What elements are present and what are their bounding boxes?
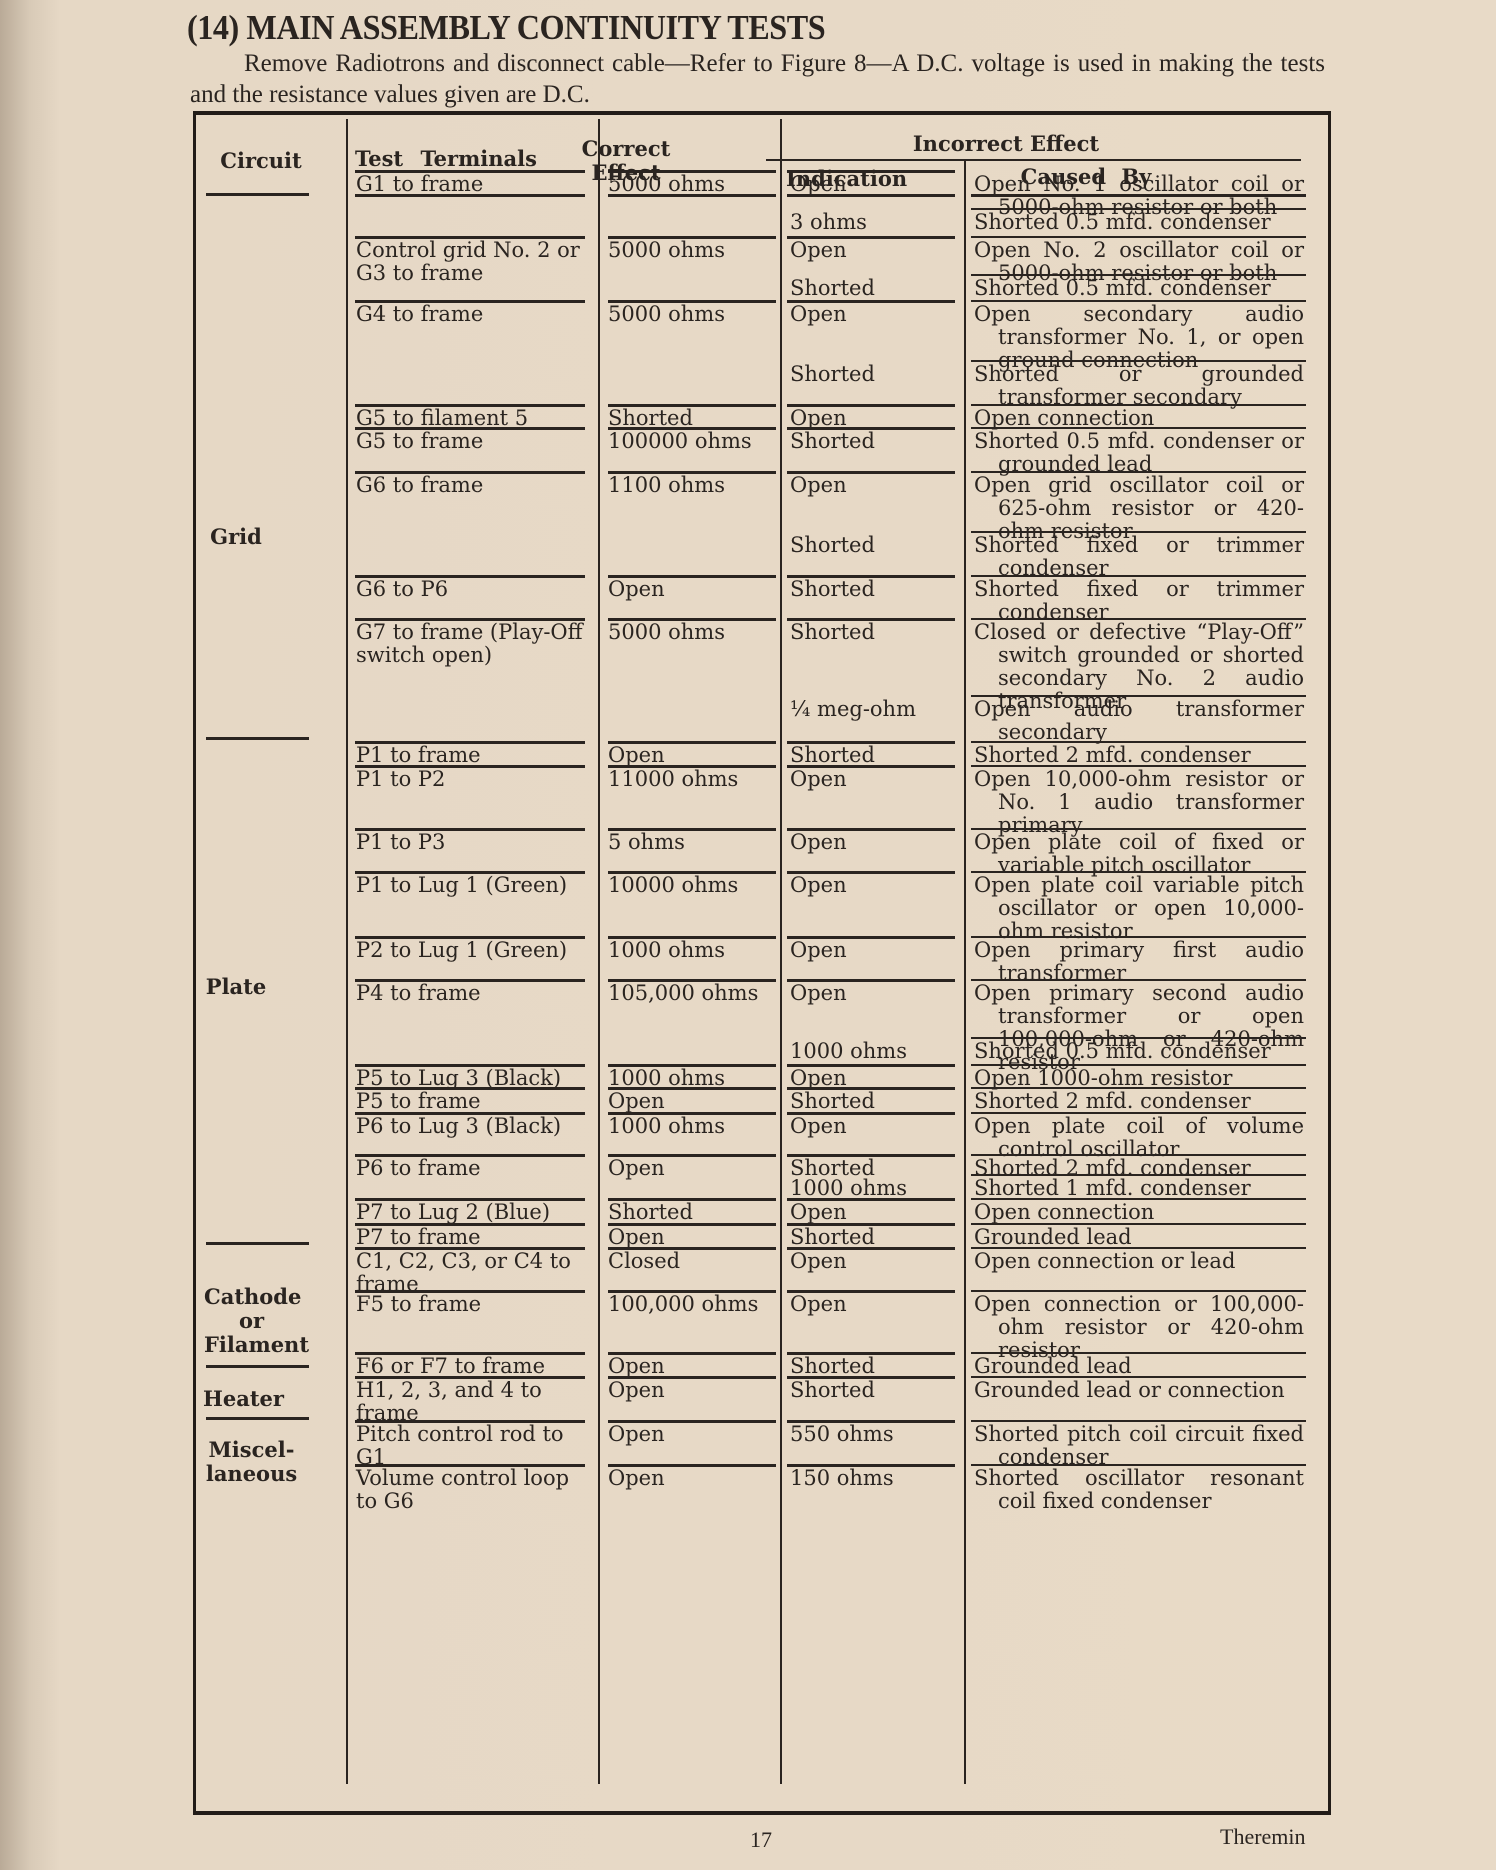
test-terminals-cell: P7 to frame [356,1226,591,1249]
test-terminals-cell: P6 to Lug 3 (Black) [356,1115,591,1138]
caused-by-cell: Open 10,000-ohm resistor or No. 1 audio … [974,768,1304,837]
caused-by-cell: Shorted pitch coil circuit fixed condens… [974,1423,1304,1469]
test-terminals-cell: P1 to Lug 1 (Green) [356,874,591,897]
test-terminals-cell: P1 to frame [356,744,591,767]
circuit-label-heater: Heater [196,1387,291,1411]
circuit-rule [206,1242,309,1245]
test-terminals-cell: P7 to Lug 2 (Blue) [356,1201,591,1224]
circuit-rule [206,1365,309,1368]
correct-effect-cell: Open [608,578,778,601]
test-terminals-cell: G5 to frame [356,430,591,453]
indication-cell: Open [790,1250,960,1273]
test-terminals-cell: H1, 2, 3, and 4 to frame [356,1379,591,1425]
indication-cell: Open [790,1293,960,1316]
indication-cell: Shorted [790,277,960,300]
test-terminals-cell: F5 to frame [356,1293,591,1316]
correct-effect-cell: Shorted [608,1201,778,1224]
indication-cell: Shorted [790,430,960,453]
intro-paragraph: Remove Radiotrons and disconnect cable—R… [190,48,1325,110]
correct-effect-cell: Open [608,1423,778,1446]
indication-cell: 150 ohms [790,1467,960,1490]
circuit-rule [206,737,309,740]
correct-effect-cell: 5000 ohms [608,239,778,262]
indication-cell: Open [790,239,960,262]
test-terminals-cell: G1 to frame [356,173,591,196]
test-terminals-cell: G7 to frame (Play-Off switch open) [356,621,591,667]
caused-by-cell: Open connection or lead [974,1250,1304,1273]
correct-effect-cell: 5000 ohms [608,173,778,196]
header-rule-incorrect [766,159,1301,161]
indication-cell: Open [790,874,960,897]
test-terminals-cell: G6 to frame [356,474,591,497]
caused-by-cell: Grounded lead or connection [974,1379,1304,1402]
indication-cell: Shorted [790,534,960,557]
indication-cell: Shorted [790,363,960,386]
test-terminals-cell: G6 to P6 [356,578,591,601]
indication-cell: Open [790,831,960,854]
indication-cell: Shorted [790,1379,960,1402]
continuity-table: Circuit Test Terminals Correct Effect In… [193,111,1331,1815]
page-number: 17 [750,1827,772,1853]
column-divider [598,119,600,1784]
indication-cell: Shorted [790,1226,960,1249]
correct-effect-cell: Open [608,744,778,767]
indication-cell: 550 ohms [790,1423,960,1446]
page-title: (14) MAIN ASSEMBLY CONTINUITY TESTS [187,8,825,48]
indication-cell: Open [790,173,960,196]
caused-by-cell: Open plate coil variable pitch oscillato… [974,874,1304,943]
indication-cell: Open [790,1115,960,1138]
indication-cell: ¼ meg-ohm [790,698,960,721]
indication-cell: Shorted [790,578,960,601]
correct-effect-cell: Open [608,1090,778,1113]
test-terminals-cell: Volume control loop to G6 [356,1467,591,1513]
caused-by-cell: Shorted 2 mfd. condenser [974,1090,1304,1113]
indication-cell: Open [790,768,960,791]
correct-effect-cell: Open [608,1467,778,1490]
caused-by-cell: Grounded lead [974,1355,1304,1378]
correct-effect-cell: 100000 ohms [608,430,778,453]
indication-cell: Open [790,1201,960,1224]
caused-by-cell: Shorted 2 mfd. condenser [974,744,1304,767]
caused-by-cell: Shorted oscillator resonant coil fixed c… [974,1467,1304,1513]
test-terminals-cell: P4 to frame [356,982,591,1005]
test-terminals-cell: G4 to frame [356,303,591,326]
correct-effect-cell: 105,000 ohms [608,982,778,1005]
caused-by-cell: Open connection [974,1201,1304,1224]
indication-cell: Shorted [790,1355,960,1378]
test-terminals-cell: Pitch control rod to G1 [356,1423,591,1469]
test-terminals-cell: P2 to Lug 1 (Green) [356,939,591,962]
correct-effect-cell: Open [608,1226,778,1249]
test-terminals-cell: P1 to P3 [356,831,591,854]
test-terminals-cell: F6 or F7 to frame [356,1355,591,1378]
indication-cell: Shorted [790,621,960,644]
circuit-label-plate: Plate [196,975,276,999]
correct-effect-cell: 5000 ohms [608,621,778,644]
header-circuit: Circuit [206,149,316,173]
test-terminals-cell: P5 to frame [356,1090,591,1113]
correct-effect-cell: 1100 ohms [608,474,778,497]
test-terminals-cell: P1 to P2 [356,768,591,791]
caused-by-cell: Shorted 0.5 mfd. condenser [974,277,1304,300]
column-divider [780,119,782,1784]
circuit-label-cathode: CathodeorFilament [204,1285,299,1357]
indication-cell: Shorted [790,1090,960,1113]
test-terminals-cell: P6 to frame [356,1157,591,1180]
correct-effect-cell: 1000 ohms [608,939,778,962]
indication-cell: Open [790,303,960,326]
header-rule-circuit [206,193,309,196]
caused-by-cell: Shorted 0.5 mfd. condenser [974,211,1304,234]
caused-by-cell: Shorted 1 mfd. condenser [974,1177,1304,1200]
circuit-label-grid: Grid [196,525,276,549]
circuit-label-miscellaneous: Miscel-laneous [204,1438,299,1486]
column-divider [964,159,966,1784]
caused-by-cell: Shorted 0.5 mfd. condenser or grounded l… [974,430,1304,476]
indication-cell: 3 ohms [790,211,960,234]
header-test-terminals: Test Terminals [346,147,546,171]
caused-by-cell: Shorted 0.5 mfd. condenser [974,1040,1304,1063]
correct-effect-cell: 100,000 ohms [608,1293,778,1316]
indication-cell: Open [790,939,960,962]
indication-cell: Open [790,982,960,1005]
indication-cell: Open [790,474,960,497]
correct-effect-cell: 10000 ohms [608,874,778,897]
test-terminals-cell: Control grid No. 2 or G3 to frame [356,239,591,285]
caused-by-cell: Grounded lead [974,1226,1304,1249]
intro-text: Remove Radiotrons and disconnect cable—R… [190,50,1325,108]
running-footer: Theremin [1220,1824,1306,1850]
indication-cell: 1000 ohms [790,1040,960,1063]
caused-by-cell: Shorted or grounded transformer secondar… [974,363,1304,409]
caused-by-cell: Open audio transformer secondary [974,698,1304,744]
circuit-rule [206,1417,309,1420]
correct-effect-cell: Open [608,1355,778,1378]
header-incorrect-effect: Incorrect Effect [756,132,1256,156]
correct-effect-cell: 11000 ohms [608,768,778,791]
correct-effect-cell: 5 ohms [608,831,778,854]
column-divider [346,119,348,1784]
correct-effect-cell: Open [608,1157,778,1180]
indication-cell: 1000 ohms [790,1177,960,1200]
caused-by-cell: Shorted fixed or trimmer condenser [974,534,1304,580]
correct-effect-cell: 5000 ohms [608,303,778,326]
indication-cell: Shorted [790,744,960,767]
correct-effect-cell: Closed [608,1250,778,1273]
correct-effect-cell: Open [608,1379,778,1402]
correct-effect-cell: 1000 ohms [608,1115,778,1138]
